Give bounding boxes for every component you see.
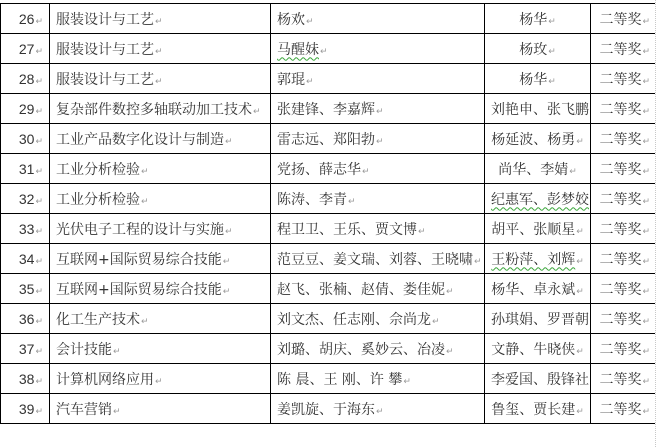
award-level: 二等奖 (599, 342, 641, 358)
table-row: 35↵ 互联网+国际贸易综合技能↵ 赵飞、张楠、赵倩、娄佳妮↵ 杨华、卓永斌↵ … (1, 274, 657, 304)
paragraph-mark-icon: ↵ (642, 77, 650, 87)
paragraph-mark-icon: ↵ (642, 287, 650, 297)
project-name: 互联网+国际贸易综合技能 (56, 282, 222, 298)
advisor-names: 纪惠军、彭梦姣 (491, 192, 589, 208)
row-number: 29 (19, 101, 35, 117)
cell-students[interactable]: 赵飞、张楠、赵倩、娄佳妮↵ (271, 274, 485, 304)
award-level: 二等奖 (599, 402, 641, 418)
advisor-names: 胡平、张顺星 (491, 222, 575, 238)
cell-award[interactable]: 二等奖↵ (591, 34, 657, 64)
award-level: 二等奖 (599, 282, 641, 298)
award-level: 二等奖 (599, 162, 641, 178)
cell-number[interactable]: 29↵ (1, 94, 50, 124)
paragraph-mark-icon: ↵ (35, 166, 43, 176)
award-level: 二等奖 (599, 132, 641, 148)
paragraph-mark-icon: ↵ (642, 407, 650, 417)
paragraph-mark-icon: ↵ (418, 227, 426, 237)
cell-number[interactable]: 31↵ (1, 154, 50, 184)
award-table: 26↵ 服装设计与工艺↵ 杨欢↵ 杨华↵ 二等奖↵ 27↵ 服装设计与工艺↵ 马… (0, 3, 657, 424)
advisor-names: 尚华、李婧 (498, 162, 568, 178)
cell-students[interactable]: 刘文杰、任志刚、佘尚龙↵ (271, 304, 485, 334)
advisor-names: 杨玫 (519, 42, 547, 58)
paragraph-mark-icon: ↵ (35, 46, 43, 56)
paragraph-mark-icon: ↵ (320, 47, 328, 57)
award-level: 二等奖 (599, 312, 641, 328)
cell-award[interactable]: 二等奖↵ (591, 334, 657, 364)
project-name: 工业产品数字化设计与制造 (56, 132, 224, 148)
student-names: 陈 晨、王 刚、许 攀 (277, 372, 402, 388)
cell-advisors[interactable]: 杨延波、杨勇↵ (485, 124, 591, 154)
paragraph-mark-icon: ↵ (306, 17, 314, 27)
cell-award[interactable]: 二等奖↵ (591, 394, 657, 424)
cell-students[interactable]: 范豆豆、姜文瑞、刘蓉、王晓啸↵ (271, 244, 485, 274)
paragraph-mark-icon: ↵ (225, 137, 233, 147)
student-names: 党扬、薛志华 (277, 162, 361, 178)
row-number: 32 (19, 191, 35, 207)
cell-students[interactable]: 刘璐、胡庆、奚妙云、冶凌↵ (271, 334, 485, 364)
table-body: 26↵ 服装设计与工艺↵ 杨欢↵ 杨华↵ 二等奖↵ 27↵ 服装设计与工艺↵ 马… (1, 4, 657, 424)
paragraph-mark-icon: ↵ (548, 77, 556, 87)
paragraph-mark-icon: ↵ (642, 317, 650, 327)
page-margin-edge (655, 0, 659, 447)
paragraph-mark-icon: ↵ (35, 136, 43, 146)
advisor-names: 文静、牛晓侠 (491, 342, 575, 358)
table-row: 34↵ 互联网+国际贸易综合技能↵ 范豆豆、姜文瑞、刘蓉、王晓啸↵ 王粉萍、刘辉… (1, 244, 657, 274)
cell-students[interactable]: 程卫卫、王乐、贾文博↵ (271, 214, 485, 244)
award-level: 二等奖 (599, 252, 641, 268)
cell-students[interactable]: 杨欢↵ (271, 4, 485, 34)
paragraph-mark-icon: ↵ (35, 316, 43, 326)
paragraph-mark-icon: ↵ (253, 107, 261, 117)
row-number: 35 (19, 281, 35, 297)
cell-project[interactable]: 复杂部件数控多轴联动加工技术↵ (50, 94, 271, 124)
paragraph-mark-icon: ↵ (155, 377, 163, 387)
award-level: 二等奖 (599, 42, 641, 58)
paragraph-mark-icon: ↵ (225, 227, 233, 237)
project-name: 化工生产技术 (56, 312, 140, 328)
cell-number[interactable]: 33↵ (1, 214, 50, 244)
table-row: 37↵ 会计技能↵ 刘璐、胡庆、奚妙云、冶凌↵ 文静、牛晓侠↵ 二等奖↵ (1, 334, 657, 364)
cell-number[interactable]: 36↵ (1, 304, 50, 334)
cell-project[interactable]: 服装设计与工艺↵ (50, 64, 271, 94)
cell-advisors[interactable]: 杨华↵ (485, 4, 591, 34)
cell-number[interactable]: 37↵ (1, 334, 50, 364)
cell-advisors[interactable]: 刘艳申、张飞鹏↵ (485, 94, 591, 124)
student-names: 赵飞、张楠、赵倩、娄佳妮 (277, 282, 445, 298)
student-names: 张建锋、李嘉辉 (277, 102, 375, 118)
cell-students[interactable]: 郭琨↵ (271, 64, 485, 94)
project-name: 光伏电子工程的设计与实施 (56, 222, 224, 238)
cell-advisors[interactable]: 杨华↵ (485, 64, 591, 94)
student-names: 郭琨 (277, 72, 305, 88)
paragraph-mark-icon: ↵ (35, 256, 43, 266)
paragraph-mark-icon: ↵ (376, 107, 384, 117)
advisor-names: 李爱国、殷锋社 (491, 372, 589, 388)
paragraph-mark-icon: ↵ (576, 227, 584, 237)
paragraph-mark-icon: ↵ (155, 17, 163, 27)
project-name: 服装设计与工艺 (56, 12, 154, 28)
project-name: 计算机网络应用 (56, 372, 154, 388)
project-name: 互联网+国际贸易综合技能 (56, 252, 222, 268)
table-row: 29↵ 复杂部件数控多轴联动加工技术↵ 张建锋、李嘉辉↵ 刘艳申、张飞鹏↵ 二等… (1, 94, 657, 124)
award-level: 二等奖 (599, 102, 641, 118)
paragraph-mark-icon: ↵ (155, 47, 163, 57)
row-number: 28 (19, 71, 35, 87)
paragraph-mark-icon: ↵ (446, 287, 454, 297)
student-names: 姜凯旋、于海东 (277, 402, 375, 418)
paragraph-mark-icon: ↵ (113, 347, 121, 357)
row-number: 38 (19, 371, 35, 387)
student-names: 杨欢 (277, 12, 305, 28)
cell-project[interactable]: 会计技能↵ (50, 334, 271, 364)
cell-advisors[interactable]: 鲁玺、贾长建↵ (485, 394, 591, 424)
table-row: 39↵ 汽车营销↵ 姜凯旋、于海东↵ 鲁玺、贾长建↵ 二等奖↵ (1, 394, 657, 424)
project-name: 服装设计与工艺 (56, 42, 154, 58)
advisor-names: 刘艳申、张飞鹏 (491, 102, 589, 118)
paragraph-mark-icon: ↵ (446, 347, 454, 357)
row-number: 34 (19, 251, 35, 267)
cell-project[interactable]: 化工生产技术↵ (50, 304, 271, 334)
row-number: 36 (19, 311, 35, 327)
paragraph-mark-icon: ↵ (642, 167, 650, 177)
student-names: 刘璐、胡庆、奚妙云、冶凌 (277, 342, 445, 358)
paragraph-mark-icon: ↵ (569, 167, 577, 177)
cell-project[interactable]: 汽车营销↵ (50, 394, 271, 424)
table-row: 32↵ 工业分析检验↵ 陈涛、李青↵ 纪惠军、彭梦姣↵ 二等奖↵ (1, 184, 657, 214)
cell-students[interactable]: 马醒妹↵ (271, 34, 485, 64)
paragraph-mark-icon: ↵ (35, 16, 43, 26)
cell-number[interactable]: 28↵ (1, 64, 50, 94)
paragraph-mark-icon: ↵ (35, 406, 43, 416)
cell-students[interactable]: 陈 晨、王 刚、许 攀↵ (271, 364, 485, 394)
paragraph-mark-icon: ↵ (223, 257, 231, 267)
cell-project[interactable]: 服装设计与工艺↵ (50, 4, 271, 34)
cell-number[interactable]: 32↵ (1, 184, 50, 214)
student-names: 刘文杰、任志刚、佘尚龙 (277, 312, 431, 328)
row-number: 33 (19, 221, 35, 237)
award-level: 二等奖 (599, 72, 641, 88)
award-level: 二等奖 (599, 372, 641, 388)
paragraph-mark-icon: ↵ (376, 137, 384, 147)
paragraph-mark-icon: ↵ (35, 76, 43, 86)
cell-advisors[interactable]: 李爱国、殷锋社↵ (485, 364, 591, 394)
table-row: 31↵ 工业分析检验↵ 党扬、薛志华↵ 尚华、李婧↵ 二等奖↵ (1, 154, 657, 184)
paragraph-mark-icon: ↵ (548, 47, 556, 57)
advisor-names: 孙琪娟、罗晋朝 (491, 312, 589, 328)
paragraph-mark-icon: ↵ (576, 407, 584, 417)
cell-students[interactable]: 陈涛、李青↵ (271, 184, 485, 214)
paragraph-mark-icon: ↵ (141, 317, 149, 327)
project-name: 服装设计与工艺 (56, 72, 154, 88)
table-row: 38↵ 计算机网络应用↵ 陈 晨、王 刚、许 攀↵ 李爱国、殷锋社↵ 二等奖↵ (1, 364, 657, 394)
paragraph-mark-icon: ↵ (642, 137, 650, 147)
paragraph-mark-icon: ↵ (35, 286, 43, 296)
table-row: 30↵ 工业产品数字化设计与制造↵ 雷志远、郑阳勃↵ 杨延波、杨勇↵ 二等奖↵ (1, 124, 657, 154)
award-level: 二等奖 (599, 192, 641, 208)
cell-students[interactable]: 姜凯旋、于海东↵ (271, 394, 485, 424)
student-names: 陈涛、李青 (277, 192, 347, 208)
advisor-names: 杨华 (519, 72, 547, 88)
paragraph-mark-icon: ↵ (642, 47, 650, 57)
paragraph-mark-icon: ↵ (348, 197, 356, 207)
row-number: 39 (19, 401, 35, 417)
paragraph-mark-icon: ↵ (474, 257, 482, 267)
row-number: 27 (19, 41, 35, 57)
paragraph-mark-icon: ↵ (576, 287, 584, 297)
cell-advisors[interactable]: 孙琪娟、罗晋朝↵ (485, 304, 591, 334)
paragraph-mark-icon: ↵ (35, 346, 43, 356)
paragraph-mark-icon: ↵ (576, 347, 584, 357)
table-row: 27↵ 服装设计与工艺↵ 马醒妹↵ 杨玫↵ 二等奖↵ (1, 34, 657, 64)
paragraph-mark-icon: ↵ (306, 77, 314, 87)
paragraph-mark-icon: ↵ (642, 107, 650, 117)
paragraph-mark-icon: ↵ (376, 407, 384, 417)
award-level: 二等奖 (599, 222, 641, 238)
cell-award[interactable]: 二等奖↵ (591, 304, 657, 334)
paragraph-mark-icon: ↵ (548, 17, 556, 27)
paragraph-mark-icon: ↵ (113, 407, 121, 417)
table-row: 28↵ 服装设计与工艺↵ 郭琨↵ 杨华↵ 二等奖↵ (1, 64, 657, 94)
paragraph-mark-icon: ↵ (642, 17, 650, 27)
student-names: 程卫卫、王乐、贾文博 (277, 222, 417, 238)
project-name: 汽车营销 (56, 402, 112, 418)
paragraph-mark-icon: ↵ (576, 137, 584, 147)
document-page: 26↵ 服装设计与工艺↵ 杨欢↵ 杨华↵ 二等奖↵ 27↵ 服装设计与工艺↵ 马… (0, 0, 659, 447)
cell-project[interactable]: 服装设计与工艺↵ (50, 34, 271, 64)
table-row: 36↵ 化工生产技术↵ 刘文杰、任志刚、佘尚龙↵ 孙琪娟、罗晋朝↵ 二等奖↵ (1, 304, 657, 334)
cell-award[interactable]: 二等奖↵ (591, 244, 657, 274)
paragraph-mark-icon: ↵ (223, 287, 231, 297)
cell-number[interactable]: 34↵ (1, 244, 50, 274)
paragraph-mark-icon: ↵ (35, 376, 43, 386)
row-number: 31 (19, 161, 35, 177)
cell-advisors[interactable]: 尚华、李婧↵ (485, 154, 591, 184)
row-number: 26 (19, 11, 35, 27)
paragraph-mark-icon: ↵ (155, 77, 163, 87)
cell-advisors[interactable]: 文静、牛晓侠↵ (485, 334, 591, 364)
cell-project[interactable]: 光伏电子工程的设计与实施↵ (50, 214, 271, 244)
cell-award[interactable]: 二等奖↵ (591, 64, 657, 94)
cell-number[interactable]: 38↵ (1, 364, 50, 394)
paragraph-mark-icon: ↵ (642, 197, 650, 207)
cell-award[interactable]: 二等奖↵ (591, 124, 657, 154)
cell-number[interactable]: 26↵ (1, 4, 50, 34)
student-names: 马醒妹 (277, 42, 319, 58)
advisor-names: 鲁玺、贾长建 (491, 402, 575, 418)
cell-students[interactable]: 张建锋、李嘉辉↵ (271, 94, 485, 124)
advisor-names: 王粉萍、刘辉 (491, 252, 575, 268)
paragraph-mark-icon: ↵ (642, 227, 650, 237)
cell-award[interactable]: 二等奖↵ (591, 364, 657, 394)
cell-project[interactable]: 工业分析检验↵ (50, 184, 271, 214)
cell-advisors[interactable]: 纪惠军、彭梦姣↵ (485, 184, 591, 214)
advisor-names: 杨延波、杨勇 (491, 132, 575, 148)
cell-award[interactable]: 二等奖↵ (591, 184, 657, 214)
cell-award[interactable]: 二等奖↵ (591, 214, 657, 244)
cell-award[interactable]: 二等奖↵ (591, 94, 657, 124)
table-row: 26↵ 服装设计与工艺↵ 杨欢↵ 杨华↵ 二等奖↵ (1, 4, 657, 34)
cell-advisors[interactable]: 王粉萍、刘辉↵ (485, 244, 591, 274)
cell-advisors[interactable]: 杨华、卓永斌↵ (485, 274, 591, 304)
paragraph-mark-icon: ↵ (642, 377, 650, 387)
award-level: 二等奖 (599, 12, 641, 28)
table-row: 33↵ 光伏电子工程的设计与实施↵ 程卫卫、王乐、贾文博↵ 胡平、张顺星↵ 二等… (1, 214, 657, 244)
project-name: 工业分析检验 (56, 162, 140, 178)
cell-advisors[interactable]: 杨玫↵ (485, 34, 591, 64)
cell-project[interactable]: 工业分析检验↵ (50, 154, 271, 184)
paragraph-mark-icon: ↵ (642, 257, 650, 267)
cell-project[interactable]: 互联网+国际贸易综合技能↵ (50, 274, 271, 304)
row-number: 37 (19, 341, 35, 357)
student-names: 范豆豆、姜文瑞、刘蓉、王晓啸 (277, 252, 473, 268)
paragraph-mark-icon: ↵ (35, 196, 43, 206)
paragraph-mark-icon: ↵ (35, 106, 43, 116)
paragraph-mark-icon: ↵ (35, 226, 43, 236)
paragraph-mark-icon: ↵ (362, 167, 370, 177)
paragraph-mark-icon: ↵ (432, 317, 440, 327)
paragraph-mark-icon: ↵ (403, 377, 411, 387)
advisor-names: 杨华 (519, 12, 547, 28)
cell-number[interactable]: 39↵ (1, 394, 50, 424)
advisor-names: 杨华、卓永斌 (491, 282, 575, 298)
cell-award[interactable]: 二等奖↵ (591, 154, 657, 184)
paragraph-mark-icon: ↵ (642, 347, 650, 357)
cell-project[interactable]: 工业产品数字化设计与制造↵ (50, 124, 271, 154)
cell-students[interactable]: 党扬、薛志华↵ (271, 154, 485, 184)
cell-award[interactable]: 二等奖↵ (591, 4, 657, 34)
row-number: 30 (19, 131, 35, 147)
project-name: 复杂部件数控多轴联动加工技术 (56, 102, 252, 118)
project-name: 会计技能 (56, 342, 112, 358)
project-name: 工业分析检验 (56, 192, 140, 208)
cell-students[interactable]: 雷志远、郑阳勃↵ (271, 124, 485, 154)
paragraph-mark-icon: ↵ (141, 167, 149, 177)
cell-award[interactable]: 二等奖↵ (591, 274, 657, 304)
paragraph-mark-icon: ↵ (576, 257, 584, 267)
cell-project[interactable]: 计算机网络应用↵ (50, 364, 271, 394)
cell-advisors[interactable]: 胡平、张顺星↵ (485, 214, 591, 244)
cell-number[interactable]: 35↵ (1, 274, 50, 304)
paragraph-mark-icon: ↵ (141, 197, 149, 207)
cell-number[interactable]: 27↵ (1, 34, 50, 64)
cell-number[interactable]: 30↵ (1, 124, 50, 154)
student-names: 雷志远、郑阳勃 (277, 132, 375, 148)
cell-project[interactable]: 互联网+国际贸易综合技能↵ (50, 244, 271, 274)
